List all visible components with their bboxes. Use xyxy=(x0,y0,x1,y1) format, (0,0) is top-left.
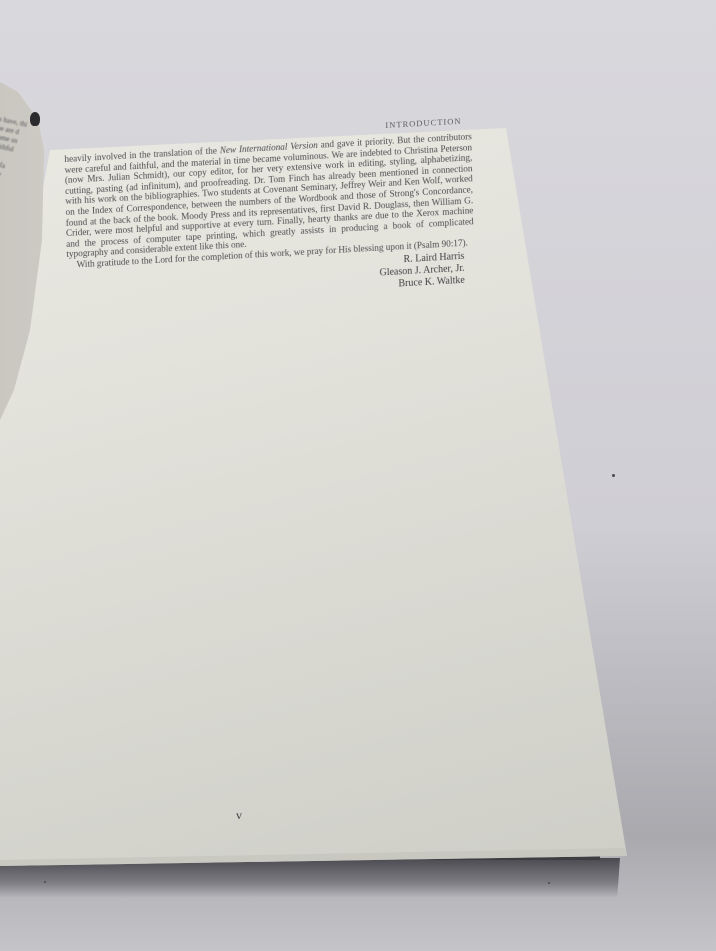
desk-speck xyxy=(548,882,550,884)
desk-speck xyxy=(612,474,615,477)
photo-scene: s have, thi he are d same sn faithful pe… xyxy=(0,0,716,951)
page-text-block: INTRODUCTION heavily involved in the tra… xyxy=(64,115,475,308)
desk-speck xyxy=(44,881,46,883)
page-number: v xyxy=(236,808,242,823)
